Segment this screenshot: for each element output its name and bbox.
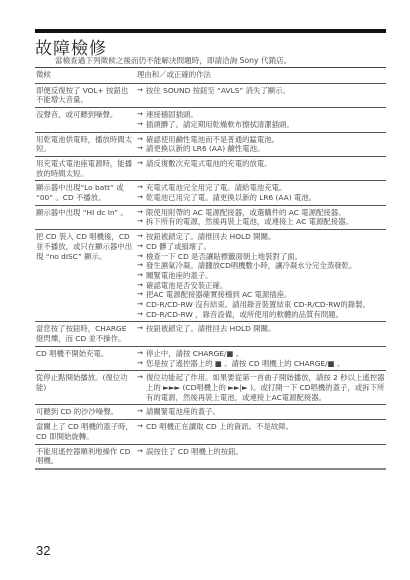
remedy-item: →連接穩固插頭。 <box>137 110 385 120</box>
arrow-icon: → <box>137 217 146 227</box>
table-row: 用乾電池供電時，播放時間太短。→確認使用鹼性電池而不是普通的錳電池。→請更換以新… <box>35 132 386 156</box>
remedy-text: 限使用附帶的 AC 電源配接器，或選購件的 AC 電源配接器。 <box>146 208 385 218</box>
remedy-cell: →CD 唱機正在讀取 CD 上的資訊。不是故障。 <box>136 420 386 444</box>
troubleshooting-table: 徵候 理由和／或正確的作法 即便反復按了 VOL+ 按鈕也不能增大音量。→按住 … <box>35 67 386 470</box>
remedy-cell: →停止中，請按 CHARGE/■ 。→您是按了遙控器上的 ■ 。請按 CD 唱機… <box>136 346 386 370</box>
remedy-text: 按鈕被鎖定了。請推回去 HOLD 開關。 <box>146 232 385 242</box>
arrow-icon: → <box>137 271 146 281</box>
remedy-cell: →連接穩固插頭。→插頭髒了。請定期用乾燥軟布擦拭清潔插頭。 <box>136 108 386 132</box>
arrow-icon: → <box>137 349 146 359</box>
table-row: 顯示器中出現“Lo batt” 或 “00” 。CD 不播放。→充電式電池完全用… <box>35 181 386 205</box>
symptom-cell: 當您按了按鈕時，CHARGE 燈閃爍，而 CD 並不操作。 <box>35 322 136 346</box>
table-row: 從停止點開始播放。(復位功能)→復位功能起了作用。如果要從第一首曲子開始播放，請… <box>35 371 386 405</box>
remedy-item: →按鈕被鎖定了。請推回去 HOLD 開關。 <box>137 232 385 242</box>
symptom-cell: 可聽到 CD 的沙沙噪聲。 <box>35 405 136 420</box>
remedy-item: →限使用附帶的 AC 電源配接器，或選購件的 AC 電源配接器。 <box>137 208 385 218</box>
remedy-cell: →限使用附帶的 AC 電源配接器，或選購件的 AC 電源配接器。→拆下所有的電源… <box>136 205 386 229</box>
symptom-cell: 顯示器中出現“Lo batt” 或 “00” 。CD 不播放。 <box>35 181 136 205</box>
arrow-icon: → <box>137 183 146 193</box>
table-row: CD 唱機不開始充電。→停止中，請按 CHARGE/■ 。→您是按了遙控器上的 … <box>35 346 386 370</box>
arrow-icon: → <box>137 144 146 154</box>
page-number: 32 <box>36 543 50 558</box>
remedy-cell: →請關緊電池座的蓋子。 <box>136 405 386 420</box>
remedy-text: 復位功能起了作用。如果要從第一首曲子開始播放，請按 2 秒以上遙控器上的 ►►►… <box>146 373 385 402</box>
remedy-item: →CD 髒了或損壞了。 <box>137 242 385 252</box>
remedy-item: →您是按了遙控器上的 ■ 。請按 CD 唱機上的 CHARGE/■ 。 <box>137 359 385 369</box>
arrow-icon: → <box>137 86 146 96</box>
symptom-cell: 顯示器中出現 “HI dc In” 。 <box>35 205 136 229</box>
arrow-icon: → <box>137 407 146 417</box>
remedy-item: →確認電池是否安裝正確。 <box>137 281 385 291</box>
remedy-item: →插頭髒了。請定期用乾燥軟布擦拭清潔插頭。 <box>137 120 385 130</box>
table-header-row: 徵候 理由和／或正確的作法 <box>35 68 386 84</box>
remedy-item: →充電式電池完全用完了電。請給電池充電。 <box>137 183 385 193</box>
remedy-item: →按鈕被鎖定了。請推回去 HOLD 開關。 <box>137 324 385 334</box>
arrow-icon: → <box>137 193 146 203</box>
remedy-text: 停止中，請按 CHARGE/■ 。 <box>146 349 385 359</box>
remedy-text: 關緊電池座的蓋子。 <box>146 271 385 281</box>
remedy-text: 誤按住了 CD 唱機上的按鈕。 <box>146 447 385 457</box>
column-header-remedy: 理由和／或正確的作法 <box>136 68 386 84</box>
remedy-item: →復位功能起了作用。如果要從第一首曲子開始播放，請按 2 秒以上遙控器上的 ►►… <box>137 373 385 402</box>
table-row: 不能用遙控器順利地操作 CD 唱機。→誤按住了 CD 唱機上的按鈕。 <box>35 444 386 469</box>
remedy-text: 請關緊電池座的蓋子。 <box>146 407 385 417</box>
table-row: 當關上了 CD 唱機的蓋子時，CD 即開始旋轉。→CD 唱機正在讀取 CD 上的… <box>35 420 386 444</box>
arrow-icon: → <box>137 447 146 457</box>
table-row: 把 CD 裝入 CD 唱機後，CD 並不播放，或只在顯示器中出現 “no dIS… <box>35 230 386 322</box>
remedy-item: →發生濕氣冷凝。請擱放CD唱機數小時，讓冷凝水分完全蒸發乾。 <box>137 261 385 271</box>
table-row: 顯示器中出現 “HI dc In” 。→限使用附帶的 AC 電源配接器，或選購件… <box>35 205 386 229</box>
symptom-cell: 用充電式電池座電源時，能播放的時間太短。 <box>35 156 136 180</box>
symptom-cell: 從停止點開始播放。(復位功能) <box>35 371 136 405</box>
remedy-item: →拆下所有的電源，然後再裝上電池，或連接上 AC 電源配接器。 <box>137 217 385 227</box>
arrow-icon: → <box>137 324 146 334</box>
remedy-item: →CD-R/CD-RW 沒有結束。請用錄音裝置結束 CD-R/CD-RW的錄製。 <box>137 300 385 310</box>
column-header-symptom: 徵候 <box>35 68 136 84</box>
symptom-cell: 當關上了 CD 唱機的蓋子時，CD 即開始旋轉。 <box>35 420 136 444</box>
remedy-item: →CD 唱機正在讀取 CD 上的資訊。不是故障。 <box>137 422 385 432</box>
remedy-text: 您是按了遙控器上的 ■ 。請按 CD 唱機上的 CHARGE/■ 。 <box>146 359 385 369</box>
symptom-cell: CD 唱機不開始充電。 <box>35 346 136 370</box>
arrow-icon: → <box>137 261 146 271</box>
arrow-icon: → <box>137 159 146 169</box>
remedy-cell: →按鈕被鎖定了。請推回去 HOLD 開關。 <box>136 322 386 346</box>
remedy-text: 插頭髒了。請定期用乾燥軟布擦拭清潔插頭。 <box>146 120 385 130</box>
table-row: 可聽到 CD 的沙沙噪聲。→請關緊電池座的蓋子。 <box>35 405 386 420</box>
table-row: 沒聲音，或可聽到噪聲。→連接穩固插頭。→插頭髒了。請定期用乾燥軟布擦拭清潔插頭。 <box>35 108 386 132</box>
arrow-icon: → <box>137 242 146 252</box>
remedy-text: 連接穩固插頭。 <box>146 110 385 120</box>
arrow-icon: → <box>137 281 146 291</box>
remedy-item: →請更換以新的 LR6 (AA) 鹼性電池。 <box>137 144 385 154</box>
arrow-icon: → <box>137 252 146 262</box>
remedy-cell: →按住 SOUND 按鈕至 “AVLS” 消失了顯示。 <box>136 83 386 107</box>
remedy-item: →誤按住了 CD 唱機上的按鈕。 <box>137 447 385 457</box>
remedy-text: 充電式電池完全用完了電。請給電池充電。 <box>146 183 385 193</box>
remedy-item: →請反復數次充電式電池的充電的放電。 <box>137 159 385 169</box>
arrow-icon: → <box>137 208 146 218</box>
remedy-text: 發生濕氣冷凝。請擱放CD唱機數小時，讓冷凝水分完全蒸發乾。 <box>146 261 385 271</box>
arrow-icon: → <box>137 359 146 369</box>
title-rule <box>35 29 386 33</box>
remedy-item: →確認使用鹼性電池而不是普通的錳電池。 <box>137 135 385 145</box>
remedy-item: →CD-R/CD-RW ，錄音設備，或所使用的軟體的品質有問題。 <box>137 310 385 320</box>
remedy-item: →乾電池已用完了電。請更換以新的 LR6 (AA) 電池。 <box>137 193 385 203</box>
remedy-text: 確認電池是否安裝正確。 <box>146 281 385 291</box>
symptom-cell: 不能用遙控器順利地操作 CD 唱機。 <box>35 444 136 469</box>
arrow-icon: → <box>137 300 146 310</box>
remedy-text: CD-R/CD-RW 沒有結束。請用錄音裝置結束 CD-R/CD-RW的錄製。 <box>146 300 385 310</box>
symptom-cell: 即便反復按了 VOL+ 按鈕也不能增大音量。 <box>35 83 136 107</box>
remedy-cell: →復位功能起了作用。如果要從第一首曲子開始播放，請按 2 秒以上遙控器上的 ►►… <box>136 371 386 405</box>
arrow-icon: → <box>137 120 146 130</box>
remedy-item: →檢查一下 CD 是否讓貼標籤面朝上地裝對了面。 <box>137 252 385 262</box>
remedy-text: CD 髒了或損壞了。 <box>146 242 385 252</box>
arrow-icon: → <box>137 110 146 120</box>
symptom-cell: 把 CD 裝入 CD 唱機後，CD 並不播放，或只在顯示器中出現 “no dIS… <box>35 230 136 322</box>
remedy-cell: →誤按住了 CD 唱機上的按鈕。 <box>136 444 386 469</box>
remedy-item: →請關緊電池座的蓋子。 <box>137 407 385 417</box>
remedy-cell: →確認使用鹼性電池而不是普通的錳電池。→請更換以新的 LR6 (AA) 鹼性電池… <box>136 132 386 156</box>
remedy-item: →按住 SOUND 按鈕至 “AVLS” 消失了顯示。 <box>137 86 385 96</box>
table-row: 即便反復按了 VOL+ 按鈕也不能增大音量。→按住 SOUND 按鈕至 “AVL… <box>35 83 386 107</box>
arrow-icon: → <box>137 422 146 432</box>
remedy-text: 按住 SOUND 按鈕至 “AVLS” 消失了顯示。 <box>146 86 385 96</box>
remedy-cell: →按鈕被鎖定了。請推回去 HOLD 開關。→CD 髒了或損壞了。→檢查一下 CD… <box>136 230 386 322</box>
remedy-cell: →請反復數次充電式電池的充電的放電。 <box>136 156 386 180</box>
arrow-icon: → <box>137 373 146 402</box>
remedy-item: →把AC 電源配接器確實接穩到 AC 電源插座。 <box>137 290 385 300</box>
remedy-text: 請更換以新的 LR6 (AA) 鹼性電池。 <box>146 144 385 154</box>
remedy-text: 乾電池已用完了電。請更換以新的 LR6 (AA) 電池。 <box>146 193 385 203</box>
remedy-text: 按鈕被鎖定了。請推回去 HOLD 開關。 <box>146 324 385 334</box>
table-row: 當您按了按鈕時，CHARGE 燈閃爍，而 CD 並不操作。→按鈕被鎖定了。請推回… <box>35 322 386 346</box>
table-row: 用充電式電池座電源時，能播放的時間太短。→請反復數次充電式電池的充電的放電。 <box>35 156 386 180</box>
arrow-icon: → <box>137 232 146 242</box>
intro-text: 當檢查過下列徵候之後而仍不能解決問題時，即請洽詢 Sony 代銷店。 <box>55 55 291 66</box>
symptom-cell: 沒聲音，或可聽到噪聲。 <box>35 108 136 132</box>
remedy-text: CD 唱機正在讀取 CD 上的資訊。不是故障。 <box>146 422 385 432</box>
remedy-text: 請反復數次充電式電池的充電的放電。 <box>146 159 385 169</box>
remedy-text: 把AC 電源配接器確實接穩到 AC 電源插座。 <box>146 290 385 300</box>
remedy-text: CD-R/CD-RW ，錄音設備，或所使用的軟體的品質有問題。 <box>146 310 385 320</box>
arrow-icon: → <box>137 290 146 300</box>
remedy-cell: →充電式電池完全用完了電。請給電池充電。→乾電池已用完了電。請更換以新的 LR6… <box>136 181 386 205</box>
arrow-icon: → <box>137 310 146 320</box>
symptom-cell: 用乾電池供電時，播放時間太短。 <box>35 132 136 156</box>
arrow-icon: → <box>137 135 146 145</box>
remedy-text: 確認使用鹼性電池而不是普通的錳電池。 <box>146 135 385 145</box>
remedy-item: →關緊電池座的蓋子。 <box>137 271 385 281</box>
remedy-text: 拆下所有的電源，然後再裝上電池，或連接上 AC 電源配接器。 <box>146 217 385 227</box>
remedy-text: 檢查一下 CD 是否讓貼標籤面朝上地裝對了面。 <box>146 252 385 262</box>
remedy-item: →停止中，請按 CHARGE/■ 。 <box>137 349 385 359</box>
